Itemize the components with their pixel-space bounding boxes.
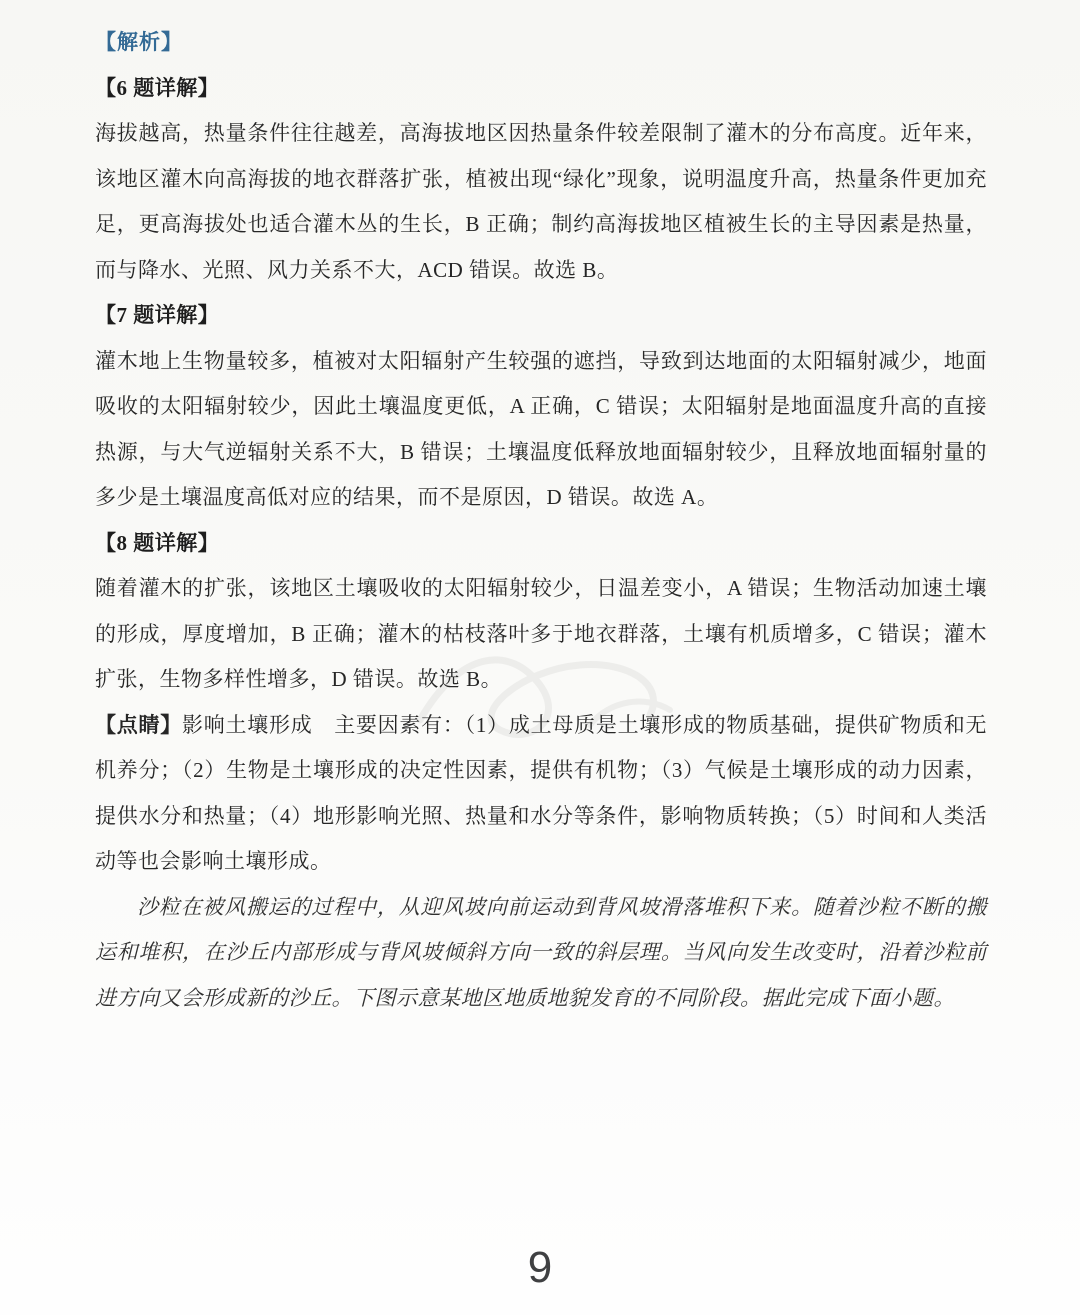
page-number: 9: [0, 1243, 1080, 1293]
analysis-section-label: 【解析】: [95, 20, 987, 66]
question8-heading: 【8 题详解】: [95, 521, 987, 567]
dianjing-note: 【点睛】影响土壤形成 主要因素有：（1）成土母质是土壤形成的物质基础，提供矿物质…: [95, 703, 987, 885]
dianjing-text: 影响土壤形成 主要因素有：（1）成土母质是土壤形成的物质基础，提供矿物质和无机养…: [95, 713, 987, 874]
document-page: 【解析】 【6 题详解】 海拔越高，热量条件往往越差，高海拔地区因热量条件较差限…: [0, 0, 1080, 1315]
question7-explanation: 灌木地上生物量较多，植被对太阳辐射产生较强的遮挡，导致到达地面的太阳辐射减少，地…: [95, 339, 987, 521]
question7-heading: 【7 题详解】: [95, 293, 987, 339]
question6-explanation: 海拔越高，热量条件往往越差，高海拔地区因热量条件较差限制了灌木的分布高度。近年来…: [95, 111, 987, 293]
dianjing-label: 【点睛】: [95, 713, 182, 737]
answer-explanation-content: 【解析】 【6 题详解】 海拔越高，热量条件往往越差，高海拔地区因热量条件较差限…: [95, 20, 987, 1021]
question8-explanation: 随着灌木的扩张，该地区土壤吸收的太阳辐射较少，日温差变小，A 错误；生物活动加速…: [95, 566, 987, 703]
sand-dune-passage: 沙粒在被风搬运的过程中，从迎风坡向前运动到背风坡滑落堆积下来。随着沙粒不断的搬运…: [95, 885, 987, 1022]
question6-heading: 【6 题详解】: [95, 66, 987, 112]
